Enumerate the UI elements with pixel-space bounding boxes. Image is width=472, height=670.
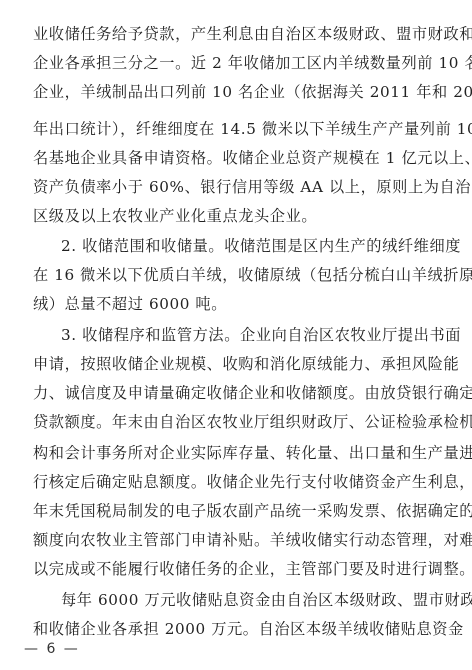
text-line: 以完成或不能履行收储任务的企业，主管部门要及时进行调整。 [33, 555, 445, 583]
text-line: 贷款额度。年末由自治区农牧业厅组织财政厅、公证检验承检机 [33, 408, 445, 436]
text-line: 在 16 微米以下优质白羊绒，收储原绒（包括分梳白山羊绒折原 [33, 261, 445, 289]
text-line: 每年 6000 万元收储贴息资金由自治区本级财政、盟市财政 [61, 586, 445, 614]
text-line: 绒）总量不超过 6000 吨。 [33, 290, 445, 318]
text-line: 构和会计事务所对企业实际库存量、转化量、出口量和生产量进 [33, 439, 445, 467]
text-line: 资产负债率小于 60%、银行信用等级 AA 以上，原则上为自治 [33, 173, 445, 201]
text-line: 年末凭国税局制发的电子版农副产品统一采购发票、依据确定的 [33, 497, 445, 525]
page-number: — 6 — [24, 639, 80, 659]
text-line: 企业，羊绒制品出口列前 10 名企业（依据海关 2011 年和 2012 [33, 78, 445, 106]
text-line: 力、诚信度及申请量确定收储企业和收储额度。由放贷银行确定 [33, 379, 445, 407]
text-line: 2. 收储范围和收储量。收储范围是区内生产的绒纤维细度 [61, 232, 445, 260]
text-line: 申请，按照收储企业规模、收购和消化原绒能力、承担风险能 [33, 350, 445, 378]
text-line: 额度向农牧业主管部门申请补贴。羊绒收储实行动态管理，对难 [33, 526, 445, 554]
text-line: 业收储任务给予贷款，产生利息由自治区本级财政、盟市财政和 [33, 20, 445, 48]
text-line: 名基地企业具备申请资格。收储企业总资产规模在 1 亿元以上、 [33, 144, 445, 172]
text-line: 企业各承担三分之一。近 2 年收储加工区内羊绒数量列前 10 名 [33, 49, 445, 77]
text-line: 和收储企业各承担 2000 万元。自治区本级羊绒收储贴息资金 [33, 615, 445, 643]
text-line: 3. 收储程序和监管方法。企业向自治区农牧业厅提出书面 [61, 321, 445, 349]
document-page: 业收储任务给予贷款，产生利息由自治区本级财政、盟市财政和 企业各承担三分之一。近… [0, 0, 472, 670]
text-line: 行核定后确定贴息额度。收储企业先行支付收储资金产生利息， [33, 468, 445, 496]
text-line: 区级及以上农牧业产业化重点龙头企业。 [33, 202, 445, 230]
text-line: 年出口统计），纤维细度在 14.5 微米以下羊绒生产产量列前 10 [33, 115, 445, 143]
